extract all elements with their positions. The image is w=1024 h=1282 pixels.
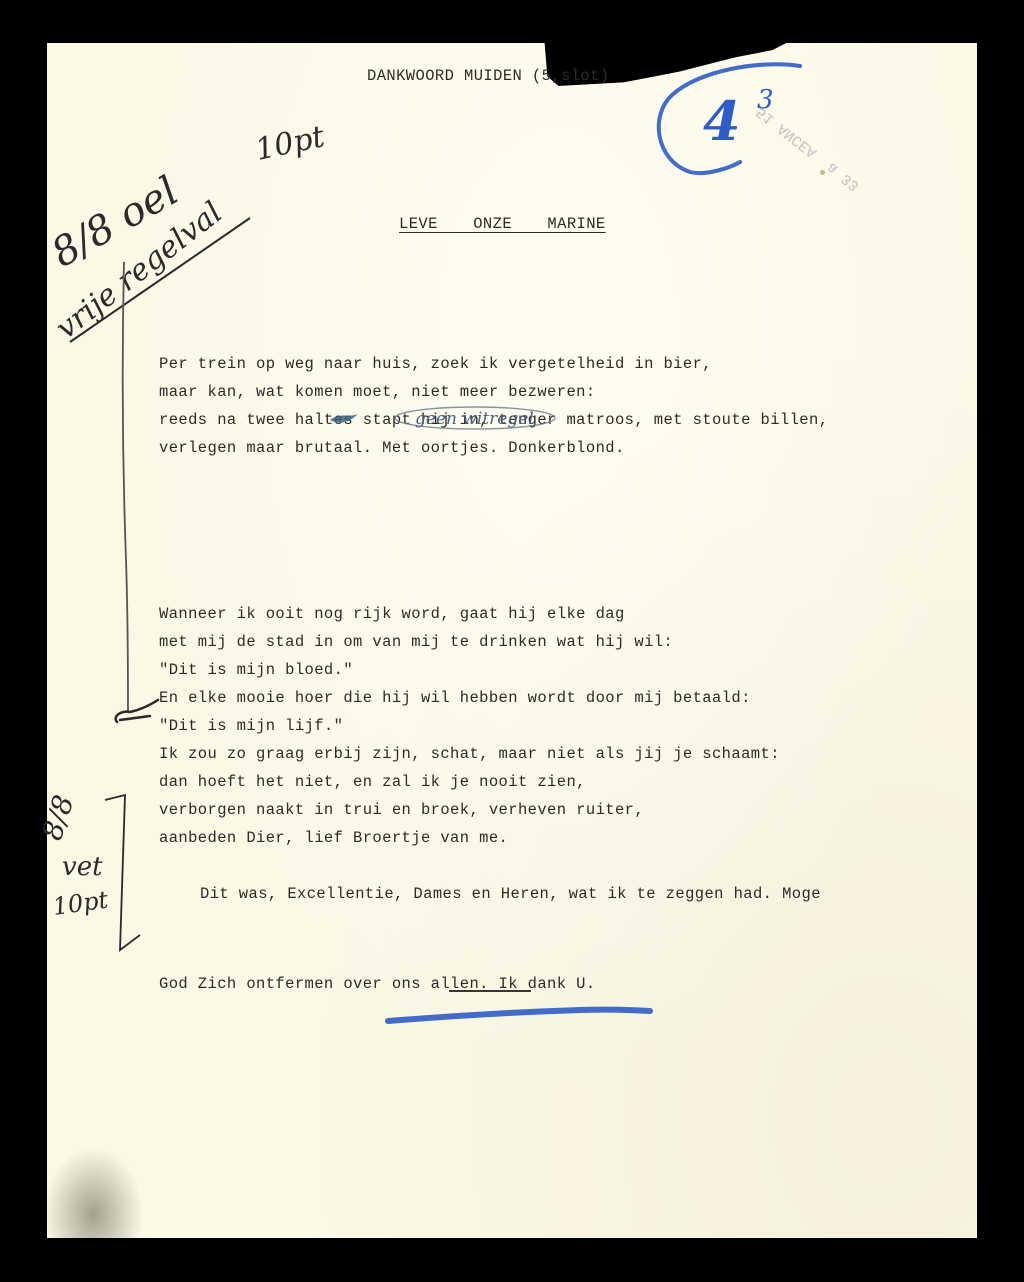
poem-stanza-2: Wanneer ik ooit nog rijk word, gaat hij …	[159, 600, 828, 852]
stanza-gap	[159, 518, 828, 544]
poem-line: "Dit is mijn lijf."	[159, 712, 828, 740]
closing-line: God Zich ontfermen over ons allen. Ik da…	[159, 969, 821, 999]
closing-line: Dit was, Excellentie, Dames en Heren, wa…	[159, 879, 821, 909]
poem-line: verlegen maar brutaal. Met oortjes. Donk…	[159, 434, 828, 462]
poem-line: Ik zou zo graag erbij zijn, schat, maar …	[159, 740, 828, 768]
poem-stanza-1: Per trein op weg naar huis, zoek ik verg…	[159, 350, 828, 462]
poem-line: En elke mooie hoer die hij wil hebben wo…	[159, 684, 828, 712]
poem-line: dan hoeft het niet, en zal ik je nooit z…	[159, 768, 828, 796]
paper-stain	[820, 170, 825, 175]
poem-line: reeds na twee haltes stapt hij in, tenge…	[159, 406, 828, 434]
poem-line: "Dit is mijn bloed."	[159, 656, 828, 684]
poem-body: Per trein op weg naar huis, zoek ik verg…	[159, 294, 828, 880]
page-header: DANKWOORD MUIDEN (5,slot)	[367, 62, 610, 90]
poem-line: Wanneer ik ooit nog rijk word, gaat hij …	[159, 600, 828, 628]
poem-line: met mij de stad in om van mij te drinken…	[159, 628, 828, 656]
poem-title: LEVE ONZE MARINE	[399, 210, 606, 238]
closing-paragraph: Dit was, Excellentie, Dames en Heren, wa…	[159, 819, 821, 1029]
poem-line: Per trein op weg naar huis, zoek ik verg…	[159, 350, 828, 378]
end-rule	[449, 990, 531, 992]
poem-line: maar kan, wat komen moet, niet meer bezw…	[159, 378, 828, 406]
